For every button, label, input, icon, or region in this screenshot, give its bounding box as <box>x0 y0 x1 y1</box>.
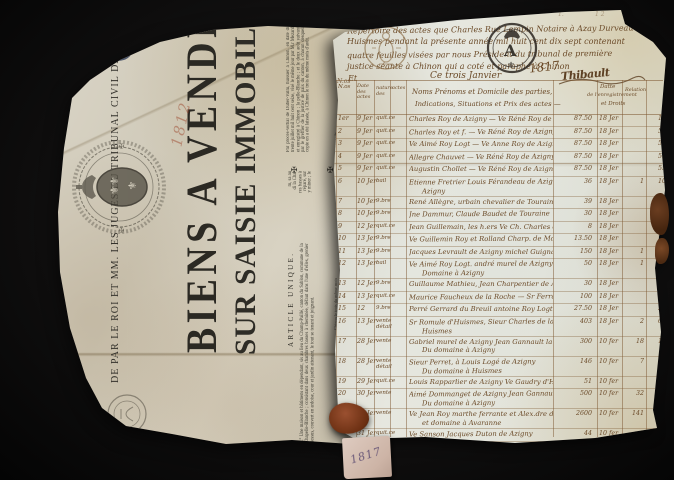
row-no: 13 <box>338 280 355 287</box>
fleuron-ornament-icon: ✠ <box>326 166 335 173</box>
row-no: 1er <box>338 115 355 122</box>
year-tag-label: 1817 <box>349 445 383 467</box>
row-rg: 18 Jer <box>599 223 621 230</box>
row-d2: 28 <box>648 305 666 312</box>
row-pr: 87.50 <box>554 165 592 172</box>
row-d1: 1 <box>624 178 644 185</box>
row-date: 12 <box>357 305 374 312</box>
row-date: 12 Jer <box>357 280 374 287</box>
table-row: 1929 Jerquit.ceLouis Rapparlier de Azign… <box>333 377 669 390</box>
row-d2: 55 <box>648 165 666 172</box>
column-header-names: Noms Prénoms et Domicile des parties, <box>412 88 552 96</box>
row-nat: quit.ce <box>376 140 405 146</box>
column-header-names2: Indications, Situations et Prix des acte… <box>415 100 561 108</box>
table-row: 49 Jerquit.ceAllegre Chauvet — Ve Réné R… <box>333 152 669 165</box>
row-d2: 55 <box>648 128 666 135</box>
page-mark: 1 2 <box>595 11 605 18</box>
row-nat: quit.ce <box>376 223 405 229</box>
row-date: 13 Jer <box>357 293 374 300</box>
table-rule <box>335 80 663 81</box>
table-row: 2030 JerventeAimé Dommanget de Azigny Je… <box>333 389 669 409</box>
row-nat: vente <box>376 338 405 344</box>
row-nat: vente <box>376 390 405 396</box>
table-row: 710 Jer9.breRené Allègre, urbain chevali… <box>333 197 669 210</box>
row-d2: 55 <box>648 293 666 300</box>
table-row: 39 Jerquit.ceVe Aimé Roy Logt — Ve Anne … <box>333 139 669 152</box>
row-nat: 9.bre <box>376 210 405 216</box>
row-date: 10 Jer <box>357 210 374 217</box>
row-nm: Aimé Dommanget de Azigny Jean Gannault d… <box>409 389 553 407</box>
row-nm: Jacques Levrault de Azigny michel Guigna… <box>409 248 553 257</box>
table-row: 1613 Jervente détailSr Romule d'Huismes,… <box>333 317 669 337</box>
monogram-a: A <box>503 41 517 60</box>
row-date: 13 Jer <box>357 235 374 242</box>
row-pr: 146 <box>554 358 592 365</box>
row-nat: 9.bre <box>376 280 405 286</box>
row-rg: 18 Jer <box>599 128 621 135</box>
row-rg: 10 fer <box>599 338 621 345</box>
row-d2: 48 <box>648 358 666 365</box>
row-pr: 300 <box>554 338 592 345</box>
row-no: 11 <box>338 248 355 255</box>
row-nat: 9.bre <box>376 248 405 254</box>
row-pr: 8 <box>554 223 592 230</box>
row-nat: bail <box>376 178 405 184</box>
row-rg: 18 Jer <box>599 165 621 172</box>
row-d2: 33 <box>648 430 666 437</box>
row-pr: 30 <box>554 280 592 287</box>
row-no: 18 <box>338 358 355 365</box>
row-nm: Sieur Perret, à Louis Logé de Azigny Du … <box>409 357 553 375</box>
column-header-nature2: actes <box>392 86 406 92</box>
row-pr: 150 <box>554 248 592 255</box>
row-no: 9 <box>338 223 355 230</box>
row-d2: 39 <box>648 378 666 385</box>
row-nat: quit.ce <box>376 165 405 171</box>
page-mark: 1. <box>558 11 564 18</box>
row-no: 14 <box>338 293 355 300</box>
row-nm: Ve Aimé Roy Logt — Ve Anne Roy de Azigny <box>409 140 553 149</box>
row-no: 3 <box>338 140 355 147</box>
row-date: 9 Jer <box>357 153 374 160</box>
row-nat: 9.bre <box>376 198 405 204</box>
row-pr: 100 <box>554 293 592 300</box>
row-no: 15 <box>338 305 355 312</box>
row-pr: 13.50 <box>554 235 592 242</box>
table-row: 1013 Jer9.breVe Guillemin Roy et Rolland… <box>333 234 669 247</box>
table-row: 1312 Jer9.breGuillaume Mathieu, Jean Cha… <box>333 279 669 292</box>
article-heading: ARTICLE UNIQUE. <box>287 252 295 347</box>
row-date: 13 Jer <box>357 248 374 255</box>
row-rg: 10 fer <box>599 390 621 397</box>
table-row: 912 Jerquit.ceJean Guillemain, les h.ers… <box>333 222 669 235</box>
row-pr: 50 <box>554 260 592 267</box>
row-nm: Ve Jean Roy marthe ferrante et Alex.dre … <box>409 410 553 427</box>
row-nm: Guillaume Mathieu, Jean Charpentier de A… <box>409 280 553 289</box>
table-row: 2130 JerventeVe Jean Roy marthe ferrante… <box>333 409 669 429</box>
row-no: 4 <box>338 153 355 160</box>
row-d2: 80 <box>648 410 666 417</box>
row-pr: 403 <box>554 318 592 325</box>
row-nm: Gabriel murel de Azigny Jean Gannault la… <box>409 338 553 355</box>
row-rg: 10 fer <box>599 378 621 385</box>
column-header-registration: Datte <box>600 84 615 90</box>
edge-damage <box>650 193 669 235</box>
row-date: 9 Jer <box>357 115 374 122</box>
row-date: 10 Jer <box>357 178 374 185</box>
register-paper: 1. 1 2 Répertoire des actes que Charles … <box>333 10 669 446</box>
row-nat: vente détail <box>376 358 405 370</box>
row-no: 19 <box>338 378 355 385</box>
table-row: 59 Jerquit.ceAugustin Chollet — Ve Réné … <box>333 164 669 177</box>
cross-ornament-icon: ✠ <box>118 227 126 233</box>
row-d1: 7 <box>624 358 644 365</box>
row-pr: 87.50 <box>554 115 592 122</box>
row-nm: Ve Guillemin Roy et Rolland Charp. de Ma… <box>409 234 553 244</box>
row-no: 10 <box>338 235 355 242</box>
row-nm: Charles Roy et f. — Ve Réné Roy de Azign… <box>409 127 553 137</box>
table-row: 1413 Jerquit.ceMaurice Faucheux de la Ro… <box>333 292 669 305</box>
row-rg: 18 Jer <box>599 153 621 160</box>
row-nm: Ve Aimé Roy Logt. andré murel de Azigny … <box>409 259 553 277</box>
row-no: 20 <box>338 390 355 397</box>
row-d2: 25 <box>648 390 666 397</box>
column-header-duties: et Droits <box>601 101 625 107</box>
column-header-nature: nature des <box>376 86 390 97</box>
table-row: 1113 Jer9.breJacques Levrault de Azigny … <box>333 247 669 260</box>
row-no: 5 <box>338 165 355 172</box>
row-d1: 2 <box>624 318 644 325</box>
row-nat: quit.ce <box>376 153 405 159</box>
row-rg: 18 Jer <box>599 305 621 312</box>
edge-damage <box>655 238 669 264</box>
row-pr: 2600 <box>554 410 592 417</box>
table-row: 1828 Jervente détailSieur Perret, à Loui… <box>333 357 669 377</box>
row-rg: 10 fer <box>599 410 621 417</box>
row-rg: 18 Jer <box>599 140 621 147</box>
fleur-de-lis-icon: ⚜ <box>108 176 121 186</box>
row-no: 17 <box>338 338 355 345</box>
row-rg: 18 Jer <box>599 318 621 325</box>
row-d1: 32 <box>624 390 644 397</box>
row-pr: 51 <box>554 378 592 385</box>
row-no: 12 <box>338 260 355 267</box>
row-rg: 10 fer <box>599 443 621 450</box>
row-d2: 15 <box>648 338 666 345</box>
table-row: 15129.brePerré Gerrard du Breuil antoine… <box>333 304 669 317</box>
row-nat: quit.ce <box>376 128 405 134</box>
fleur-de-lis-icon: ⚜ <box>81 411 92 420</box>
row-nm: Sr Romule d'Huismes, Sieur Charles de la… <box>409 317 553 335</box>
row-date: 13 Jer <box>357 318 374 325</box>
table-row: 1er9 Jerquit.ceCharles Roy de Azigny — V… <box>333 114 669 127</box>
row-nm: Charles Roy de Azigny — Ve Réné Roy de A… <box>409 115 553 124</box>
row-pr: 44 <box>554 430 592 437</box>
row-nm: Perré Gerrard du Breuil antoine Roy Logt… <box>409 305 553 314</box>
row-nm: Louis Rapparlier de Azigny Ve Gaudry d'H… <box>409 378 553 387</box>
row-pr: 30 <box>554 210 592 217</box>
crown-icon <box>504 30 520 39</box>
row-date: 28 Jer <box>357 358 374 365</box>
poster-paper: DE PAR LE ROI ET MM. LES JUGES DU TRIBUN… <box>50 20 365 445</box>
fleur-de-lis-icon: ⚜ <box>507 61 515 71</box>
table-row: 29 Jerquit.ceCharles Roy et f. — Ve Réné… <box>333 127 669 140</box>
row-date: 9 Jer <box>357 140 374 147</box>
row-nat: 9.bre <box>376 305 405 311</box>
row-pr: 87.50 <box>554 153 592 160</box>
row-date: 9 Jer <box>357 165 374 172</box>
row-date: 28 Jer <box>357 338 374 345</box>
row-nm: René Allègre, urbain chevalier de Tourai… <box>409 198 553 207</box>
fleur-de-lis-icon: ⚜ <box>108 185 121 195</box>
poster-rotated-content: DE PAR LE ROI ET MM. LES JUGES DU TRIBUN… <box>50 20 365 445</box>
row-rg: 18 Jer <box>599 235 621 242</box>
fleuron-ornament-icon: ✠ <box>290 166 299 173</box>
notary-stamp <box>363 24 409 72</box>
row-nm: Allegre Chauvet — Ve Réné Roy de Azigny <box>409 152 553 162</box>
row-nm: Ve Sanson Jacques Duton de Azigny <box>409 429 553 439</box>
row-nat: vente <box>376 410 405 416</box>
cross-ornament-icon: ✠ <box>118 143 126 149</box>
row-date: 30 Jer <box>357 390 374 397</box>
table-rows: 1er9 Jerquit.ceCharles Roy de Azigny — V… <box>333 114 669 462</box>
year-tag: 1817 <box>342 436 392 479</box>
row-nat: quit.ce <box>376 293 405 299</box>
row-nat: vente détail <box>376 318 405 330</box>
row-nat: bail <box>376 260 405 266</box>
row-nat: quit.ce <box>376 378 405 384</box>
row-date: 9 Jer <box>357 128 374 135</box>
row-d1: 1 <box>624 260 644 267</box>
row-no: 6 <box>338 178 355 185</box>
row-nm: Jean Gaustier frère, et Lafont Legendre … <box>409 443 553 460</box>
row-pr: 87.50 <box>554 128 592 135</box>
row-rg: 18 Jer <box>599 210 621 217</box>
row-no: 7 <box>338 198 355 205</box>
row-nat: 9.bre <box>376 235 405 241</box>
row-nm: Jne Dammur, Claude Baudet de Touraine <box>409 209 553 219</box>
column-header-no: N.os <box>338 84 350 90</box>
row-rg: 18 Jer <box>599 178 621 185</box>
row-d2: 28 <box>648 280 666 287</box>
royal-fiscal-stamp: A ⚜ <box>485 20 540 76</box>
row-nm: Maurice Faucheux de la Roche — Sr Ferran… <box>409 292 553 302</box>
row-rg: 18 Jer <box>599 248 621 255</box>
row-no: 2 <box>338 128 355 135</box>
row-rg: 18 Jer <box>599 115 621 122</box>
row-pr: 27.50 <box>554 305 592 312</box>
row-d1: 141 <box>624 410 644 417</box>
row-d2: 15 <box>648 115 666 122</box>
row-nm: Jean Guillemain, les h.ers Ve Ch. Charle… <box>409 223 553 232</box>
row-d2: 55 <box>648 153 666 160</box>
poster-paragraph-fragment: m, sa au di la Cha- res basses à réparé,… <box>288 171 315 249</box>
row-pr: 39 <box>554 443 592 450</box>
row-d1: 1 <box>624 248 644 255</box>
fleur-de-lis-icon: ⚜ <box>126 181 139 191</box>
row-rg: 10 fer <box>599 430 621 437</box>
row-rg: 18 Jer <box>599 198 621 205</box>
row-date: 10 Jer <box>357 198 374 205</box>
row-no: 16 <box>338 318 355 325</box>
round-ink-stamps: ⚜ <box>63 389 151 437</box>
row-date: 12 Jer <box>357 223 374 230</box>
row-d2: 55 <box>648 140 666 147</box>
row-rg: 18 Jer <box>599 280 621 287</box>
row-pr: 36 <box>554 178 592 185</box>
table-row: 810 Jer9.breJne Dammur, Claude Baudet de… <box>333 209 669 222</box>
row-d2: 10 <box>648 178 666 185</box>
row-no: 8 <box>338 210 355 217</box>
row-rg: 18 Jer <box>599 260 621 267</box>
row-pr: 87.50 <box>554 140 592 147</box>
column-header-date: Date des actes <box>357 84 374 101</box>
row-pr: 500 <box>554 390 592 397</box>
row-nm: Augustin Chollet — Ve Réné Roy de Azigny <box>409 165 553 174</box>
row-rg: 10 fer <box>599 358 621 365</box>
royal-coat-of-arms-seal: ⚜ ⚜ ⚜ ✠ ✠ <box>66 139 168 235</box>
scan-background: DE PAR LE ROI ET MM. LES JUGES DU TRIBUN… <box>0 0 674 480</box>
table-row: 610 JerbailEtienne Fretrier Louis Férand… <box>333 177 669 197</box>
row-d1: 18 <box>624 338 644 345</box>
ink-smudge <box>105 41 134 65</box>
table-row: 1213 JerbailVe Aimé Roy Logt. andré mure… <box>333 259 669 279</box>
table-row: 1728 JerventeGabriel murel de Azigny Jea… <box>333 337 669 357</box>
row-nm: Etienne Fretrier Louis Férandeau de Azig… <box>409 177 553 195</box>
row-pr: 39 <box>554 198 592 205</box>
row-d2: 63 <box>648 318 666 325</box>
row-rg: 18 Jer <box>599 293 621 300</box>
poster-subtitle: SUR SAISIE IMMOBILIÈRE <box>229 45 263 355</box>
row-date: 29 Jer <box>357 378 374 385</box>
row-nat: quit.ce <box>376 430 405 436</box>
column-header-relation: Relation <box>625 87 646 93</box>
row-nat: quit.ce <box>376 115 405 121</box>
crown-icon <box>82 175 96 199</box>
row-date: 13 Jer <box>357 260 374 267</box>
